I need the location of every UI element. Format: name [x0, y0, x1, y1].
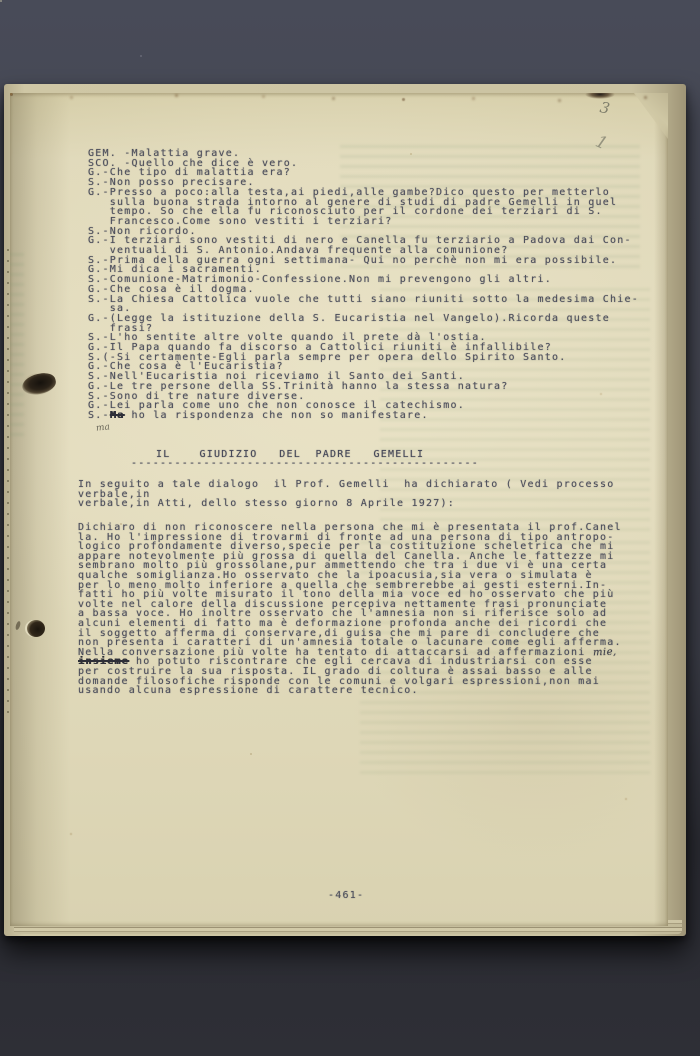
judgment-intro: In seguito a tale dialogo il Prof. Gemel…: [78, 480, 615, 509]
struck-word-ma: Ma: [110, 410, 125, 421]
dialogue-last-line-text: ho la rispondenza che non so manifestare…: [124, 410, 429, 421]
judgment-body-part3: per costruire la sua risposta. IL grado …: [78, 667, 622, 696]
ink-bleed-ghost: [10, 253, 24, 443]
page-right-edge-shadow: [654, 93, 668, 926]
dialogue-last-line: S.-Ma ho la rispondenza che non so manif…: [88, 411, 639, 421]
binding-perforation-dots: [7, 249, 9, 719]
judgment-body-part1: Dichiaro di non riconoscere nella person…: [78, 523, 622, 648]
ink-smudge: [585, 93, 615, 99]
page-number: -461-: [328, 891, 364, 901]
corner-fold: [634, 93, 668, 139]
dialogue-transcript: GEM. -Malattia grave. SCO. -Quello che d…: [88, 149, 639, 421]
paper-speckles: [10, 93, 12, 95]
dialogue-lines: GEM. -Malattia grave. SCO. -Quello che d…: [88, 149, 639, 411]
punch-hole-bottom: [27, 620, 45, 637]
handwritten-ma: ma: [96, 422, 111, 433]
document-page: 3 1 GEM. -Malattia grave. SCO. -Quello c…: [10, 93, 668, 926]
pencil-mark-3: 3: [598, 98, 611, 118]
binding-spine-shadow: [10, 93, 70, 926]
handwritten-mie: mie,: [593, 647, 617, 657]
heading-underline: ----------------------------------------…: [131, 459, 479, 469]
dust-specks: [0, 0, 2, 2]
photo-background: { "page": { "number": "-461-", "corner_m…: [0, 0, 700, 1056]
speaker-prefix: S.-: [88, 410, 110, 421]
judgment-body: Dichiaro di non riconoscere nella person…: [78, 523, 622, 696]
